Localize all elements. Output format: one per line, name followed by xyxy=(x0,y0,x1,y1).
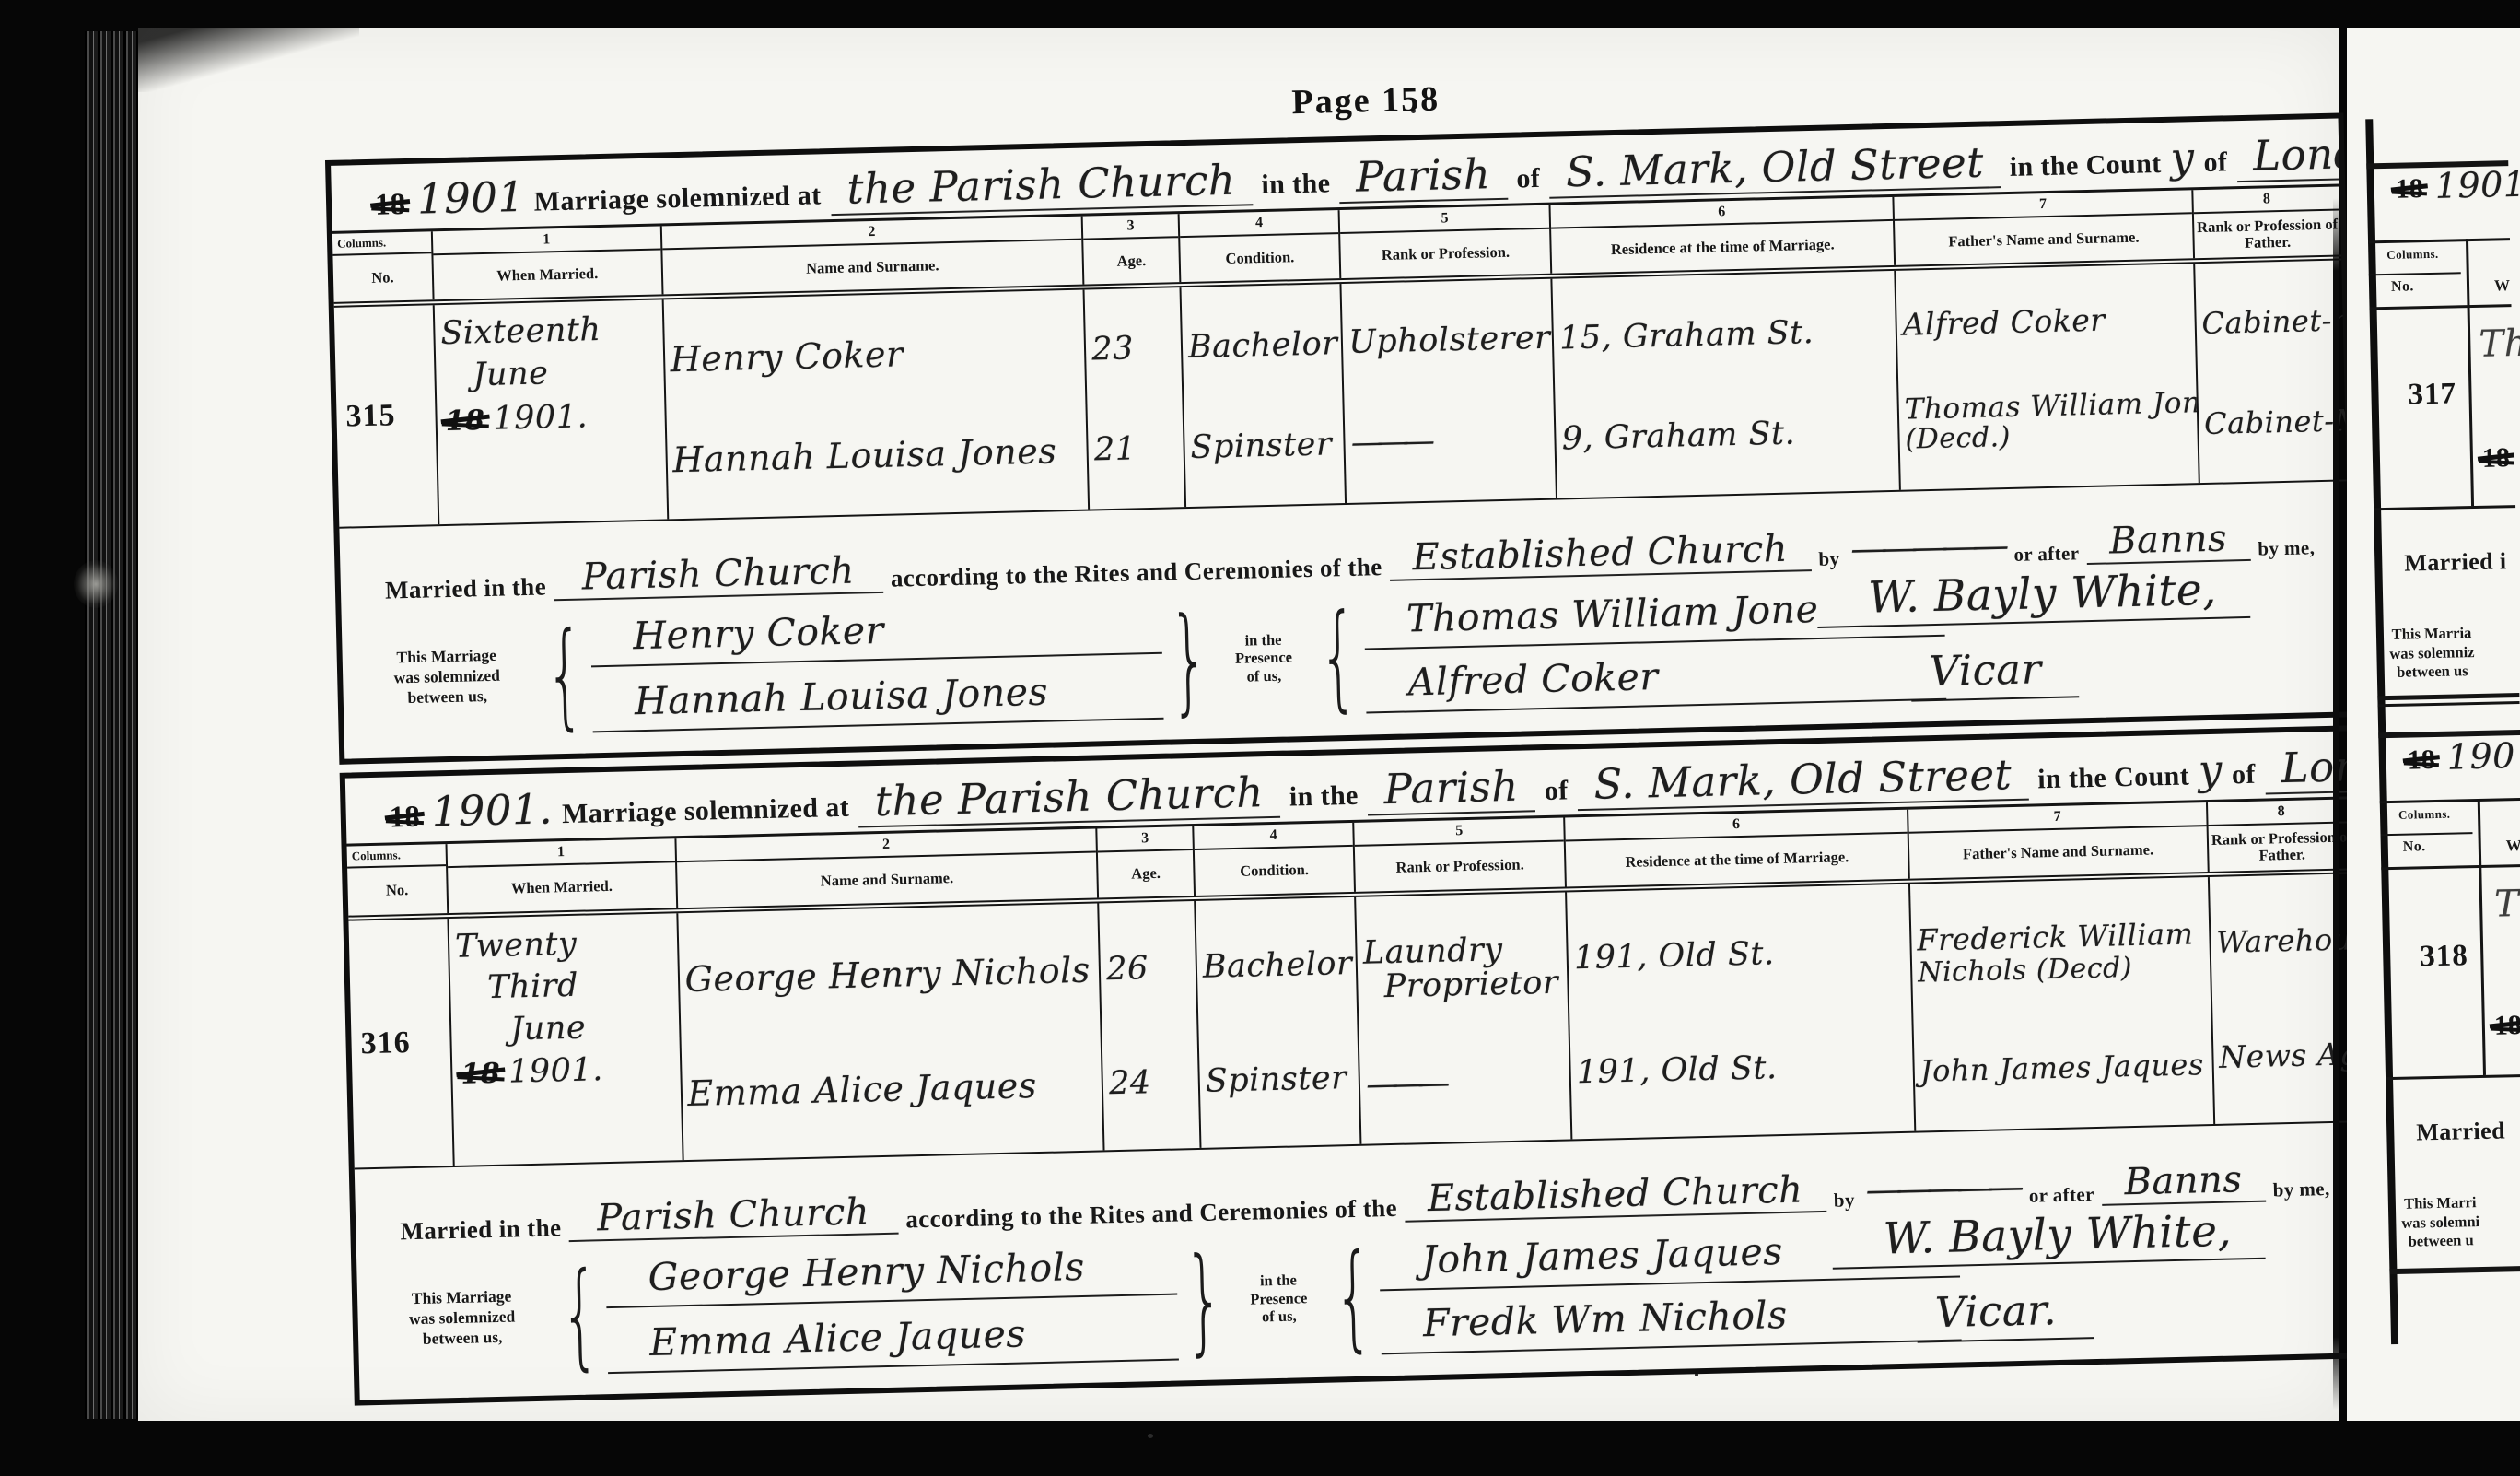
brace-open: { xyxy=(557,1248,602,1383)
married-place-handwritten: Parish Church xyxy=(568,1189,899,1241)
when-married-fragment: Th xyxy=(2479,322,2520,366)
when-married-fragment: T xyxy=(2494,883,2520,926)
bride-father-rank: Cabinet-Maker xyxy=(2204,403,2340,440)
rites-label: according to the Rites and Ceremonies of… xyxy=(905,1193,1397,1234)
register-entry-315: 18 1901 Marriage solemnized at the Paris… xyxy=(325,112,2358,765)
scan-smudge xyxy=(74,560,118,608)
by-me-label: by me, xyxy=(2272,1177,2329,1201)
year-handwritten: 190 xyxy=(2446,735,2515,778)
col-header-age: Age. xyxy=(1084,238,1180,285)
rule xyxy=(2381,864,2520,870)
married-in-label: Married i xyxy=(2404,547,2507,577)
presence-label: in the Presence of us, xyxy=(1215,630,1312,687)
rule xyxy=(2386,1074,2520,1080)
struck-year-prefix: 18 xyxy=(2491,1010,2520,1042)
register-entry-316: 18 1901. Marriage solemnized at the Pari… xyxy=(340,725,2374,1405)
col-header-father: Father's Name and Surname. xyxy=(1895,214,2193,265)
of-label: of xyxy=(1544,776,1569,808)
entry-number: 315 xyxy=(342,398,430,435)
col-header-no: No. xyxy=(347,866,447,915)
rule xyxy=(2370,304,2512,310)
when-married-line: Twenty xyxy=(455,922,671,967)
year-handwritten: 1901. xyxy=(431,785,554,837)
col-number: 3 xyxy=(1098,826,1193,852)
in-the-label: in the xyxy=(1261,168,1331,201)
col-header-rank: Rank or Profession. xyxy=(1341,229,1551,279)
groom-signature: Henry Coker xyxy=(590,602,1162,668)
col-header-no: No. xyxy=(332,253,432,302)
of-label: of xyxy=(2203,146,2228,179)
rule xyxy=(2389,1266,2520,1274)
col-header-when-married: W xyxy=(2494,276,2511,295)
book-page-edges xyxy=(85,31,140,1419)
col-header-condition: Condition. xyxy=(1180,234,1339,282)
bride-rank-blank: ——— xyxy=(1350,420,1549,462)
columns-word: Columns. xyxy=(2386,247,2439,263)
when-married-line: Sixteenth xyxy=(440,310,657,355)
groom-condition: Bachelor xyxy=(1202,945,1350,986)
rites-label: according to the Rites and Ceremonies of… xyxy=(891,553,1382,593)
col-header-condition: Condition. xyxy=(1195,847,1354,895)
this-marriage-label: This Marri was solemni between u xyxy=(2401,1193,2480,1252)
struck-year-prefix: 18 xyxy=(386,801,423,836)
blank-stroke: ————— xyxy=(1865,1166,2018,1212)
solemnized-label: Marriage solemnized at xyxy=(533,180,822,217)
struck-year-prefix: 18 xyxy=(2404,744,2438,777)
year-handwritten: 1901 xyxy=(416,172,525,224)
when-married-line: Third xyxy=(487,965,672,1009)
col-number: 8 xyxy=(2193,186,2340,214)
groom-age: 26 xyxy=(1106,949,1191,988)
married-in-label: Married in the xyxy=(385,573,547,605)
entry-number: 317 xyxy=(2408,377,2456,412)
col-number: 4 xyxy=(1194,823,1353,850)
rule xyxy=(2368,238,2510,243)
banns-handwritten: Banns xyxy=(2086,517,2251,565)
witness-2-signature: Alfred Coker xyxy=(1365,648,1946,714)
groom-rank: Upholsterer xyxy=(1348,321,1547,359)
groom-father-rank: Cabinet-maker. xyxy=(2201,302,2338,340)
rule xyxy=(2380,798,2520,803)
this-marriage-label: This Marriage was solemnized between us, xyxy=(370,1285,554,1350)
parish-name-handwritten: S. Mark, Old Street xyxy=(1548,137,2001,199)
brace-close: } xyxy=(1182,1233,1227,1368)
bride-father: Thomas William Jones(Decd.) xyxy=(1904,388,2191,454)
solemnized-label: Marriage solemnized at xyxy=(562,792,850,830)
scanned-register-image: Page 158 18 1901 Marriage solemnized at … xyxy=(0,0,2520,1476)
col-header-father-rank: Rank or Profession of Father. xyxy=(2194,210,2341,258)
in-the-label: in the xyxy=(1289,780,1359,814)
by-label: by xyxy=(1834,1189,1856,1212)
church-handwritten: Established Church xyxy=(1404,1167,1826,1222)
married-in-label: Married xyxy=(2416,1117,2505,1146)
this-marriage-label: This Marriage was solemnized between us, xyxy=(355,645,538,709)
presence-label: in the Presence of us, xyxy=(1231,1271,1327,1328)
parish-handwritten: Parish xyxy=(1339,149,1508,204)
bride-signature: Hannah Louisa Jones xyxy=(591,667,1163,733)
struck-year-prefix: 18 xyxy=(458,1057,504,1093)
witness-2-signature: Fredk Wm Nichols xyxy=(1380,1288,1961,1354)
when-married-line: June xyxy=(472,352,658,396)
rule xyxy=(2380,832,2472,836)
col-header-no: No. xyxy=(2391,278,2414,296)
parish-handwritten: Parish xyxy=(1367,762,1535,816)
by-label: by xyxy=(1818,548,1840,572)
rule xyxy=(2369,272,2461,275)
groom-father: Frederick WilliamNichols (Decd) xyxy=(1917,919,2204,987)
columns-word: Columns. xyxy=(332,231,432,256)
officiant-signature: W. Bayly White, xyxy=(1831,1204,2266,1269)
column-divider xyxy=(2478,799,2486,1075)
groom-name: George Henry Nichols xyxy=(684,949,1094,999)
or-after-label: or after xyxy=(2029,1183,2095,1208)
entry-row: 316 Twenty Third June 181901. George Hen… xyxy=(348,873,2362,1169)
this-marriage-label: This Marria was solemniz between us xyxy=(2389,624,2475,683)
bride-age: 24 xyxy=(1109,1063,1194,1102)
of-label: of xyxy=(2232,759,2257,791)
officiant-title: Vicar xyxy=(1910,644,2079,702)
groom-name: Henry Coker xyxy=(670,330,1079,380)
struck-year-prefix: 18 xyxy=(2392,173,2426,205)
groom-signature: George Henry Nichols xyxy=(605,1242,1177,1308)
bride-signature: Emma Alice Jaques xyxy=(607,1307,1179,1374)
brace-open: { xyxy=(1315,589,1360,724)
when-married-line: June xyxy=(510,1006,673,1050)
year-handwritten: 1901 xyxy=(2434,164,2520,206)
bride-name: Hannah Louisa Jones xyxy=(672,430,1082,480)
scan-speck xyxy=(1148,1434,1153,1438)
columns-word: Columns. xyxy=(347,844,447,869)
col-number: 4 xyxy=(1180,210,1339,238)
brace-close: } xyxy=(1166,592,1211,728)
groom-residence: 191, Old St. xyxy=(1574,931,1906,976)
entry-number: 318 xyxy=(2420,939,2468,974)
couple-signatures: Henry Coker Hannah Louisa Jones xyxy=(590,602,1164,733)
marriage-register: Page 158 18 1901 Marriage solemnized at … xyxy=(324,57,2374,1413)
col-header-rank: Rank or Profession. xyxy=(1355,842,1565,892)
next-page-content: 18 1901 Columns. No. W Th 317 18 Married… xyxy=(2347,28,2520,1421)
col-header-name: Name and Surname. xyxy=(662,240,1083,295)
bride-condition: Spinster xyxy=(1190,426,1338,466)
col-header-father: Father's Name and Surname. xyxy=(1909,826,2208,878)
column-divider xyxy=(2466,239,2474,506)
brace-open: { xyxy=(1331,1229,1376,1365)
groom-residence: 15, Graham St. xyxy=(1559,312,1891,357)
col-header-age: Age. xyxy=(1098,850,1194,897)
church-handwritten: Established Church xyxy=(1389,527,1812,581)
groom-age: 23 xyxy=(1091,329,1176,368)
rule xyxy=(2377,693,2519,700)
col-header-when-married: W xyxy=(2506,837,2520,855)
page-gutter-shadow xyxy=(2333,198,2339,1410)
bride-name: Emma Alice Jaques xyxy=(687,1063,1097,1113)
groom-father-rank: Warehouseman xyxy=(2216,922,2352,960)
rule xyxy=(2374,505,2515,510)
bride-condition: Spinster xyxy=(1205,1060,1353,1100)
page-corner-shadow xyxy=(138,28,359,92)
rule xyxy=(2378,701,2520,707)
struck-year-prefix: 18 xyxy=(372,188,409,223)
by-me-label: by me, xyxy=(2257,537,2315,561)
col-header-residence: Residence at the time of Marriage. xyxy=(1566,834,1908,886)
when-married-year: 181901. xyxy=(442,395,659,440)
county-label: in the Count xyxy=(2009,148,2162,183)
bride-age: 21 xyxy=(1093,429,1178,468)
bride-rank-blank: ——— xyxy=(1366,1062,1565,1104)
col-header-name: Name and Surname. xyxy=(677,853,1098,908)
banns-handwritten: Banns xyxy=(2101,1157,2266,1205)
when-married-year: 181901. xyxy=(458,1048,674,1094)
officiant-title: Vicar. xyxy=(1916,1284,2094,1343)
entry-number: 316 xyxy=(356,1025,445,1061)
col-header-when-married: When Married. xyxy=(433,250,661,299)
of-label: of xyxy=(1516,163,1541,195)
blank-stroke: ————— xyxy=(1850,524,2003,570)
groom-father: Alfred Coker xyxy=(1902,299,2189,342)
col-header-residence: Residence at the time of Marriage. xyxy=(1551,221,1894,274)
place-handwritten: the Parish Church xyxy=(857,767,1280,828)
col-header-when-married: When Married. xyxy=(448,863,676,913)
struck-year-prefix: 18 xyxy=(2479,442,2514,474)
bride-father: John James Jaques xyxy=(1919,1047,2207,1088)
county-handwritten: London. xyxy=(2264,740,2354,795)
brace-open: { xyxy=(542,607,587,743)
place-handwritten: the Parish Church xyxy=(830,155,1253,216)
officiant-signature: W. Bayly White, xyxy=(1816,564,2251,628)
next-register-page-partial: 18 1901 Columns. No. W Th 317 18 Married… xyxy=(2347,28,2520,1421)
county-handwritten: London. xyxy=(2236,127,2340,182)
bride-residence: 9, Graham St. xyxy=(1561,413,1893,457)
county-y-handwritten: y xyxy=(2198,745,2222,795)
parish-name-handwritten: S. Mark, Old Street xyxy=(1577,750,2029,812)
groom-condition: Bachelor xyxy=(1187,325,1336,366)
col-header-no: No. xyxy=(2403,838,2426,856)
struck-year-prefix: 18 xyxy=(442,404,488,439)
columns-word: Columns. xyxy=(2398,807,2451,823)
bride-residence: 191, Old St. xyxy=(1576,1046,1907,1090)
or-after-label: or after xyxy=(2013,543,2080,568)
married-in-label: Married in the xyxy=(400,1213,562,1246)
groom-rank: LaundryProprietor xyxy=(1362,932,1562,1005)
county-y-handwritten: y xyxy=(2170,133,2195,182)
col-number: 3 xyxy=(1083,214,1178,240)
couple-signatures: George Henry Nichols Emma Alice Jaques xyxy=(605,1242,1179,1374)
married-place-handwritten: Parish Church xyxy=(553,549,883,601)
county-label: in the Count xyxy=(2037,761,2190,796)
